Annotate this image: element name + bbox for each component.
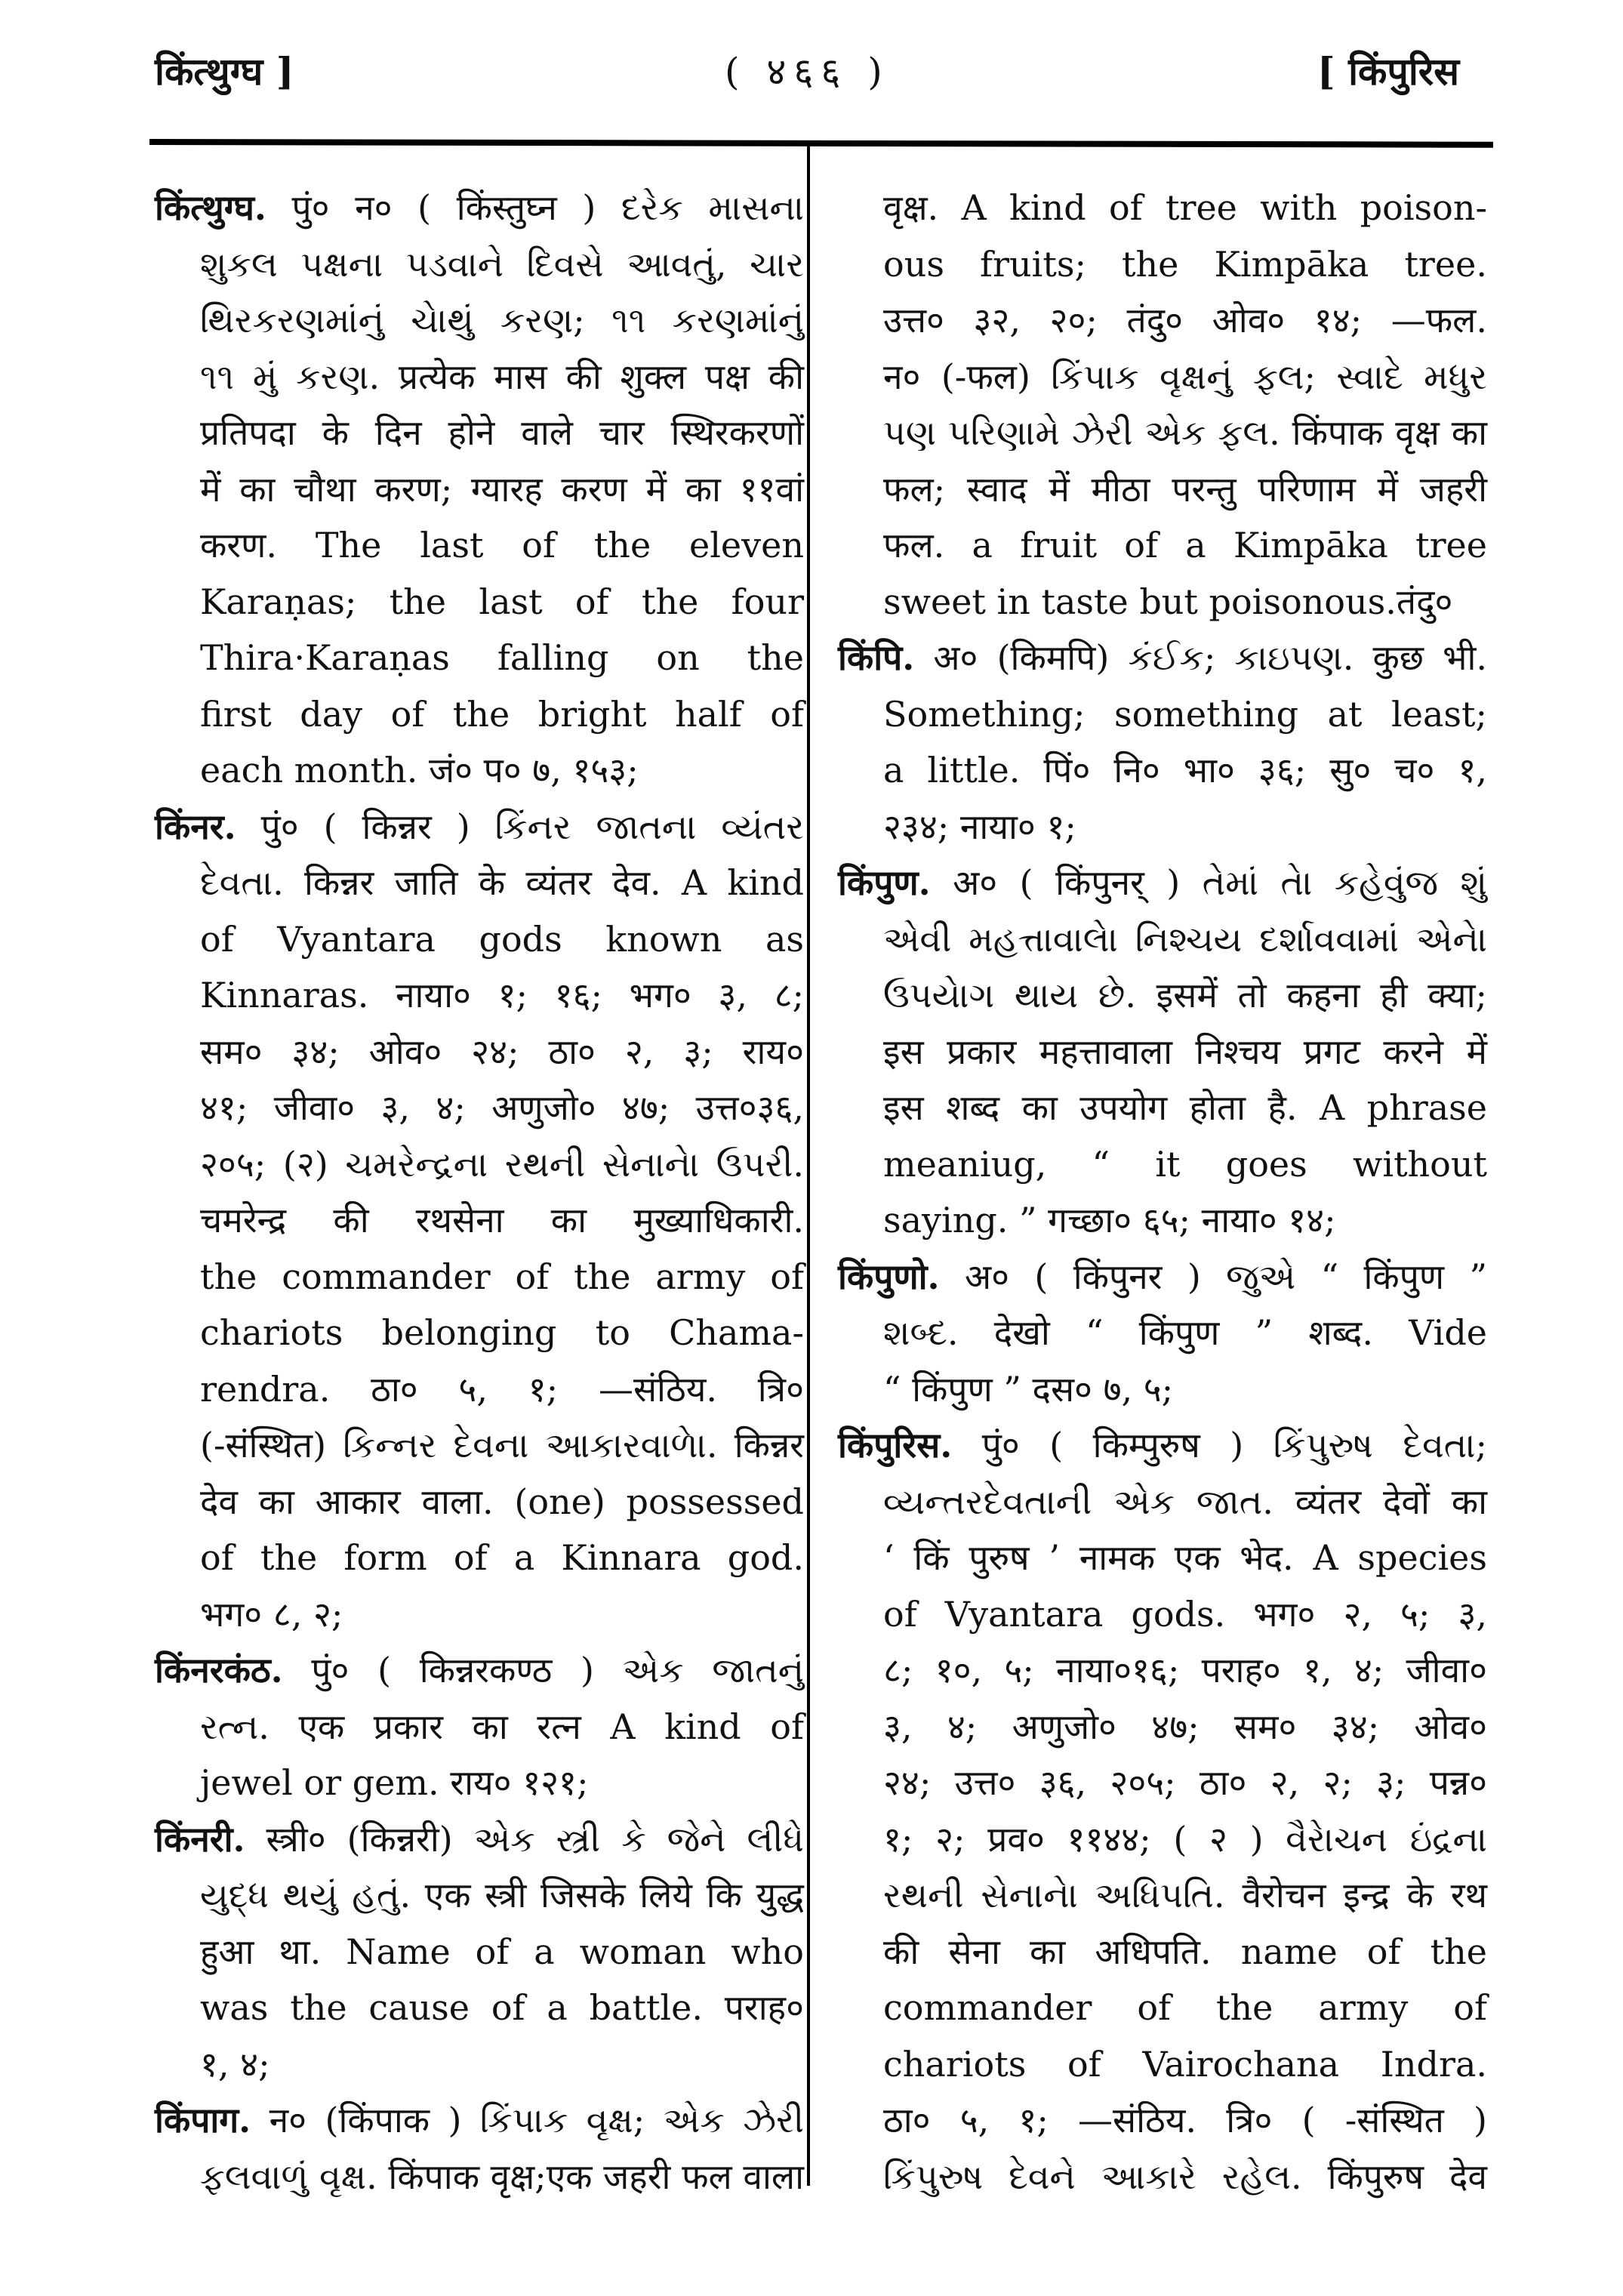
entry-text: ८; १०, ५; नाया०१६; पराह० १, ४; जीवा० [883,1650,1487,1690]
entry-line: वृक्ष. A kind of tree with poison- [838,180,1487,236]
entry-text: २४; उत्त० ३६, २०५; ठा० २, २; ३; पन्न० [883,1762,1487,1803]
entry-text: पुं० न० ( किंस्तुघ्न ) દરેક માસના [266,187,804,228]
entry-text: वृक्ष. A kind of tree with poison- [883,187,1487,228]
entry-line: each month. जं० प० ७, १५३; [155,742,804,799]
entry-line: फल; स्वाद में मीठा परन्तु परिणाम में जहर… [838,461,1487,518]
entry-line: Kinnaras. नाया० १; १६; भग० ३, ८; [155,967,804,1024]
entry-line: chariots belonging to Chama- [155,1305,804,1361]
entry-line: १; २; प्रव० ११४४; ( २ ) વૈરેાચન ઇંદ્રના [838,1811,1487,1868]
entry-line: chariots of Vairochana Indra. [838,2036,1487,2093]
entry-text: ous fruits; the Kimpāka tree. [883,244,1487,285]
entry-line: દેવતા. किन्नर जाति के व्यंतर देव. A kind [155,855,804,911]
entry-line: इस प्रकार महत्तावाला निश्चय प्रगट करने म… [838,1024,1487,1080]
entry-text: पुं० ( किन्नरकण्ठ ) એક જાતનું [283,1650,804,1690]
entry-line: Something; something at least; [838,686,1487,743]
entry-text: १, ४; [200,2044,270,2085]
entry-line: ४१; जीवा० ३, ४; अणुजो० ४७; उत्त०३६, [155,1080,804,1136]
running-head-left: किंत्थुग्घ ] [155,45,294,98]
entry-text: commander of the army of [883,1987,1487,2028]
entry-line: ૧૧ મું કરણ. प्रत्येक मास की शुक्ल पक्ष क… [155,349,804,405]
entry-text: વ્યન્તરદેવતાની એક જાત. व्यंतर देवों का [883,1481,1487,1522]
entry-text: each month. जं० प० ७, १५३; [200,750,639,791]
entry-line: २४; उत्त० ३६, २०५; ठा० २, २; ३; पन्न० [838,1755,1487,1811]
entry-line: ८; १०, ५; नाया०१६; पराह० १, ४; जीवा० [838,1642,1487,1699]
headword: किंत्थुग्घ. [155,187,266,228]
entry-text: કિંપુરુષ દેવને આકારે રહેલ. किंपुरुष देव [883,2156,1487,2197]
entry-line: the commander of the army of [155,1249,804,1305]
entry-text: चमरेन्द्र की रथसेना का मुख्याधिकारी. [200,1200,804,1240]
entry-text: of Vyantara gods known as [200,919,804,960]
entry-text: was the cause of a battle. पराह० [200,1987,804,2028]
entry-text: पुं० ( किम्पुरुष ) કિંપુરુષ દેવતા; [952,1425,1487,1465]
entry-line: भग० ८, २; [155,1586,804,1643]
entry-text: meaniug, “ it goes without [883,1144,1487,1185]
entry-text: इस शब्द का उपयोग होता है. A phrase [883,1087,1487,1128]
entry-line: jewel or gem. राय० १२१; [155,1755,804,1811]
headword: किंनरकंठ. [155,1650,283,1690]
entry-text: ફલવાળું વૃક્ષ. किंपाक वृक्ष;एक जहरी फल व… [200,2156,804,2197]
entry-line: में का चौथा करण; ग्यारह करण में का ११वां [155,461,804,518]
entry-line: ३, ४; अणुजो० ४७; सम० ३४; ओव० [838,1699,1487,1755]
entry-line: રથની સેનાનેા અધિપતિ. वैरोचन इन्द्र के रथ [838,1867,1487,1924]
entry-line: of the form of a Kinnara god. [155,1530,804,1586]
entry-line: ous fruits; the Kimpāka tree. [838,236,1487,293]
entry-text: पुं० ( किन्नर ) કિંનર જાતના વ્યંતર [236,806,804,847]
entry-line: (-संस्थित) કિન્નર દેવના આકારવાળેા. किन्न… [155,1417,804,1474]
entry-line: of Vyantara gods known as [155,911,804,968]
entry-line: રત્ન. एक प्रकार का रत्न A kind of [155,1699,804,1755]
entry-text: २०५; (२) ચમરેન્દ્રના રથની સેનાનેા ઉપરી. [200,1144,804,1185]
entry-line: commander of the army of [838,1980,1487,2036]
left-column: किंत्थुग्घ. पुं० न० ( किंस्तुघ्न ) દરેક … [155,180,804,2205]
entry-text: फल; स्वाद में मीठा परन्तु परिणाम में जहर… [883,469,1487,510]
entry-text: એવી મહત્તાવાલેા નિશ્ચય દર્શાવવામાં એનેા [883,919,1487,960]
entry-line: १, ४; [155,2036,804,2093]
entry-headline: किंनर. पुं० ( किन्नर ) કિંનર જાતના વ્યંત… [155,799,804,855]
headword: किंपुरिस. [838,1425,952,1465]
entry-line: થિરકરણમાંનું ચેાથું કરણ; ૧૧ કરણમાંનું [155,292,804,349]
entry-headline: किंपुण. अ० ( किंपुनर् ) તેમાં તેા કહેવું… [838,855,1487,911]
entry-text: શુકલ પક્ષના પડવાને દિવસે આવતું, ચાર [200,244,804,285]
entry-text: ઉપયેાગ થાય છે. इसमें तो कहना ही क्या; [883,975,1487,1015]
entry-text: saying. ” गच्छा० ६५; नाया० १४; [883,1200,1336,1240]
entry-line: Karaṇas; the last of the four [155,574,804,630]
entry-text: अ० ( किंपुनर् ) તેમાં તેા કહેવુંજ શું [931,862,1487,903]
entry-text: sweet in taste but poisonous.तंदु० [883,581,1452,622]
entry-text: ठा० ५, १; —संठिय. त्रि० ( -संस्थित ) [883,2100,1487,2140]
entry-text: में का चौथा करण; ग्यारह करण में का ११वां [200,469,804,510]
entry-text: फल. a fruit of a Kimpāka tree [883,525,1487,566]
entry-line: of Vyantara gods. भग० २, ५; ३, [838,1586,1487,1643]
entry-text: करण. The last of the eleven [200,525,804,566]
entry-text: chariots of Vairochana Indra. [883,2044,1487,2085]
entry-text: રથની સેનાનેા અધિપતિ. वैरोचन इन्द्र के रथ [883,1875,1487,1915]
entry-line: યુદ્ધ થયું હતું. एक स्त्री जिसके लिये कि… [155,1867,804,1924]
entry-headline: किंपुणो. अ० ( किंपुनर ) જુએ “ किंपुण ” [838,1249,1487,1305]
entry-text: jewel or gem. राय० १२१; [200,1762,588,1803]
headword: किंनरी. [155,1819,245,1860]
entry-line: શબ્દ. देखो “ किंपुण ” शब्द. Vide [838,1305,1487,1361]
entry-line: શુકલ પક્ષના પડવાને દિવસે આવતું, ચાર [155,236,804,293]
entry-text: इस प्रकार महत्तावाला निश्चय प्रगट करने म… [883,1031,1487,1072]
entry-line: meaniug, “ it goes without [838,1136,1487,1193]
entry-line: उत्त० ३२, २०; तंदु० ओव० १४; —फल. [838,292,1487,349]
entry-line: की सेना का अधिपति. name of the [838,1924,1487,1980]
entry-line: પણ પરિણામે ઝેરી એક ફલ. किंपाक वृक्ष का [838,405,1487,461]
entry-line: Thira·Karaṇas falling on the [155,630,804,686]
entry-headline: किंपाग. न० (किंपाक ) કિંપાક વૃક્ષ; એક ઝે… [155,2092,804,2149]
entry-line: rendra. ठा० ५, १; —संठिय. त्रि० [155,1361,804,1418]
headword: किंनर. [155,806,236,847]
entry-line: हुआ था. Name of a woman who [155,1924,804,1980]
entry-text: of Vyantara gods. भग० २, ५; ३, [883,1594,1487,1635]
entry-headline: किंत्थुग्घ. पुं० न० ( किंस्तुघ्न ) દરેક … [155,180,804,236]
entry-text: देव का आकार वाला. (one) possessed [200,1481,804,1522]
entry-text: सम० ३४; ओव० २४; ठा० २, ३; राय० [200,1031,804,1072]
entry-line: sweet in taste but poisonous.तंदु० [838,574,1487,630]
entry-text: a little. पिं० नि० भा० ३६; सु० च० १, [883,750,1487,791]
entry-text: ३, ४; अणुजो० ४७; सम० ३४; ओव० [883,1706,1487,1747]
entry-headline: किंपुरिस. पुं० ( किम्पुरुष ) કિંપુરુષ દે… [838,1417,1487,1474]
entry-line: प्रतिपदा के दिन होने वाले चार स्थिरकरणों [155,405,804,461]
entry-text: Kinnaras. नाया० १; १६; भग० ३, ८; [200,975,804,1015]
headword: किंपुण. [838,862,931,903]
entry-line: २३४; नाया० १; [838,799,1487,855]
entry-text: भग० ८, २; [200,1594,343,1635]
page-number: ( ४६६ ) [725,45,890,98]
entry-text: Karaṇas; the last of the four [200,581,804,622]
entry-text: રત્ન. एक प्रकार का रत्न A kind of [200,1706,804,1747]
entry-text: अ० ( किंपुनर ) જુએ “ किंपुण ” [940,1256,1487,1297]
entry-text: हुआ था. Name of a woman who [200,1931,804,1972]
entry-line: चमरेन्द्र की रथसेना का मुख्याधिकारी. [155,1192,804,1249]
entry-line: first day of the bright half of [155,686,804,743]
entry-text: स्त्री० (किन्नरी) એક સ્ત્રી કે જેને લીધે [245,1819,804,1860]
entry-text: प्रतिपदा के दिन होने वाले चार स्थिरकरणों [200,412,804,453]
entry-line: ‘ किं पुरुष ’ नामक एक भेद. A species [838,1530,1487,1586]
entry-text: rendra. ठा० ५, १; —संठिय. त्रि० [200,1369,804,1410]
entry-text: ૧૧ મું કરણ. प्रत्येक मास की शुक्ल पक्ष क… [200,356,804,397]
entry-text: દેવતા. किन्नर जाति के व्यंतर देव. A kind [200,862,804,903]
entry-text: अ० (किमपि) કંઈક; કાઇપણ. कुछ भी. [914,637,1487,678]
entry-line: કિંપુરુષ દેવને આકારે રહેલ. किंपुरुष देव [838,2149,1487,2205]
dictionary-page: किंत्थुग्घ ] ( ४६६ ) [ किंपुरिस किंत्थुग… [0,0,1623,2296]
entry-text: chariots belonging to Chama- [200,1312,804,1353]
headword: किंपाग. [155,2100,251,2140]
entry-line: करण. The last of the eleven [155,517,804,574]
entry-text: (-संस्थित) કિન્નર દેવના આકારવાળેા. किन्न… [200,1425,804,1465]
entry-line: २०५; (२) ચમરેન્દ્રના રથની સેનાનેા ઉપરી. [155,1136,804,1193]
entry-text: the commander of the army of [200,1256,804,1297]
entry-text: યુદ્ધ થયું હતું. एक स्त्री जिसके लिये कि… [200,1875,804,1915]
entry-line: देव का आकार वाला. (one) possessed [155,1474,804,1530]
entry-text: ४१; जीवा० ३, ४; अणुजो० ४७; उत्त०३६, [200,1087,804,1128]
right-column: वृक्ष. A kind of tree with poison-ous fr… [838,180,1487,2205]
entry-headline: किंपि. अ० (किमपि) કંઈક; કાઇપણ. कुछ भी. [838,630,1487,686]
entry-text: Thira·Karaṇas falling on the [200,637,804,678]
headword: किंपुणो. [838,1256,940,1297]
entry-line: फल. a fruit of a Kimpāka tree [838,517,1487,574]
entry-text: શબ્દ. देखो “ किंपुण ” शब्द. Vide [883,1312,1487,1353]
entry-line: વ્યન્તરદેવતાની એક જાત. व्यंतर देवों का [838,1474,1487,1530]
entry-text: ‘ किं पुरुष ’ नामक एक भेद. A species [883,1537,1487,1578]
entry-text: न० (-फल) કિંપાક વૃક્ષનું ફલ; સ્વાદે મધુર [883,356,1487,397]
entry-text: of the form of a Kinnara god. [200,1537,804,1578]
entry-line: “ किंपुण ” दस० ७, ५; [838,1361,1487,1418]
entry-text: उत्त० ३२, २०; तंदु० ओव० १४; —फल. [883,300,1487,341]
entry-line: न० (-फल) કિંપાક વૃક્ષનું ફલ; સ્વાદે મધુર [838,349,1487,405]
entry-line: a little. पिं० नि० भा० ३६; सु० च० १, [838,742,1487,799]
entry-line: saying. ” गच्छा० ६५; नाया० १४; [838,1192,1487,1249]
entry-headline: किंनरी. स्त्री० (किन्नरी) એક સ્ત્રી કે જ… [155,1811,804,1868]
entry-text: પણ પરિણામે ઝેરી એક ફલ. किंपाक वृक्ष का [883,412,1487,453]
entry-text: की सेना का अधिपति. name of the [883,1931,1487,1972]
entry-line: ફલવાળું વૃક્ષ. किंपाक वृक्ष;एक जहरी फल व… [155,2149,804,2205]
entry-line: ઉપયેાગ થાય છે. इसमें तो कहना ही क्या; [838,967,1487,1024]
headword: किंपि. [838,637,914,678]
entry-text: १; २; प्रव० ११४४; ( २ ) વૈરેાચન ઇંદ્રના [883,1819,1487,1860]
entry-text: first day of the bright half of [200,694,804,735]
entry-text: થિરકરણમાંનું ચેાથું કરણ; ૧૧ કરણમાંનું [200,300,804,341]
entry-text: न० (किंपाक ) કિંપાક વૃક્ષ; એક ઝેરી [251,2100,804,2140]
entry-text: २३४; नाया० १; [883,806,1076,847]
entry-headline: किंनरकंठ. पुं० ( किन्नरकण्ठ ) એક જાતનું [155,1642,804,1699]
entry-text: Something; something at least; [883,694,1487,735]
running-head-right: [ किंपुरिस [1317,45,1459,98]
header-rule [149,139,1493,148]
entry-line: was the cause of a battle. पराह० [155,1980,804,2036]
entry-line: इस शब्द का उपयोग होता है. A phrase [838,1080,1487,1136]
entry-text: “ किंपुण ” दस० ७, ५; [883,1369,1173,1410]
column-divider [807,143,810,2186]
entry-line: એવી મહત્તાવાલેા નિશ્ચય દર્શાવવામાં એનેા [838,911,1487,968]
entry-line: ठा० ५, १; —संठिय. त्रि० ( -संस्थित ) [838,2092,1487,2149]
entry-line: सम० ३४; ओव० २४; ठा० २, ३; राय० [155,1024,804,1080]
